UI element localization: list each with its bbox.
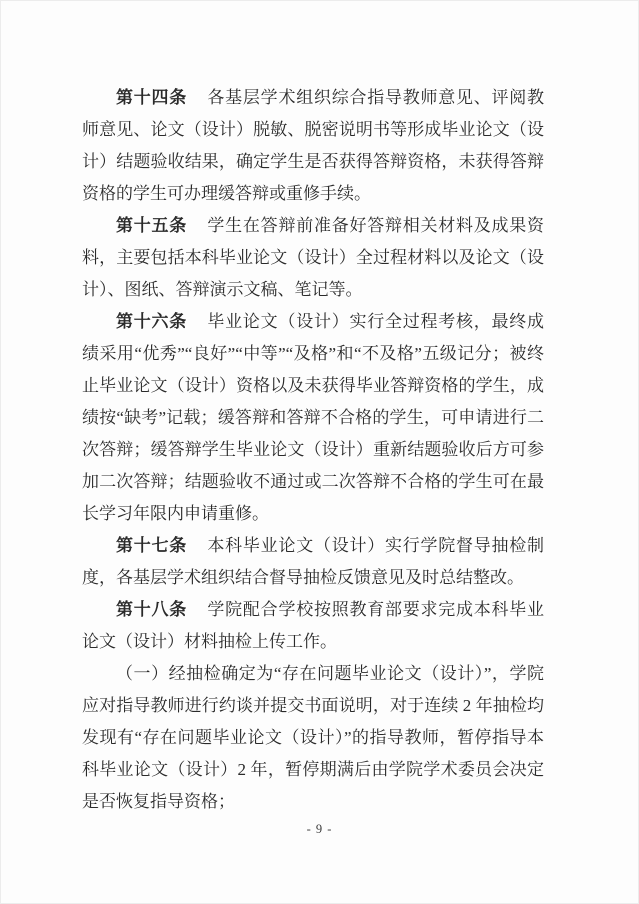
list-item-paragraph-1: （一）经抽检确定为“存在问题毕业论文（设计）”，学院应对指导教师进行约谈并提交书…	[82, 658, 544, 818]
article-heading: 第十四条	[116, 88, 187, 107]
page-number: - 9 -	[0, 818, 639, 840]
article-heading: 第十六条	[116, 312, 187, 331]
article-paragraph-15: 第十五条学生在答辩前准备好答辩相关材料及成果资料，主要包括本科毕业论文（设计）全…	[82, 210, 544, 306]
article-heading: 第十八条	[116, 600, 187, 619]
article-body-text: 毕业论文（设计）实行全过程考核，最终成绩采用“优秀”“良好”“中等”“及格”和“…	[82, 312, 544, 523]
article-heading: 第十五条	[116, 216, 187, 235]
document-body: 第十四条各基层学术组织综合指导教师意见、评阅教师意见、论文（设计）脱敏、脱密说明…	[82, 82, 544, 818]
article-paragraph-17: 第十七条本科毕业论文（设计）实行学院督导抽检制度，各基层学术组织结合督导抽检反馈…	[82, 530, 544, 594]
article-paragraph-18: 第十八条学院配合学校按照教育部要求完成本科毕业论文（设计）材料抽检上传工作。	[82, 594, 544, 658]
article-body-text: （一）经抽检确定为“存在问题毕业论文（设计）”，学院应对指导教师进行约谈并提交书…	[82, 664, 544, 811]
article-heading: 第十七条	[116, 536, 187, 555]
article-paragraph-14: 第十四条各基层学术组织综合指导教师意见、评阅教师意见、论文（设计）脱敏、脱密说明…	[82, 82, 544, 210]
article-paragraph-16: 第十六条毕业论文（设计）实行全过程考核，最终成绩采用“优秀”“良好”“中等”“及…	[82, 306, 544, 530]
document-page: 第十四条各基层学术组织综合指导教师意见、评阅教师意见、论文（设计）脱敏、脱密说明…	[0, 0, 639, 904]
